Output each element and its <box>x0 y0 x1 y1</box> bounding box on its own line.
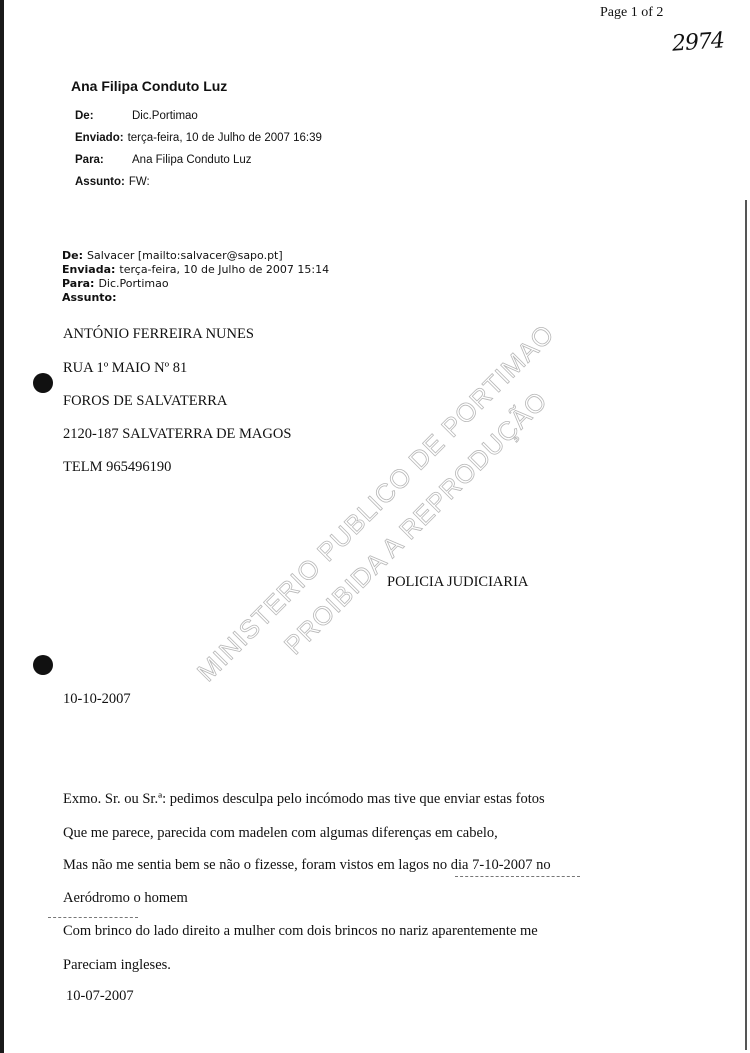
fwd-to-value: Dic.Portimao <box>98 277 168 290</box>
body-line-2: Que me parece, parecida com madelen com … <box>63 825 498 842</box>
forwarded-email-header: De:Salvacer [mailto:salvacer@sapo.pt] En… <box>62 249 329 305</box>
fwd-from-value: Salvacer [mailto:salvacer@sapo.pt] <box>87 249 283 262</box>
fwd-sent: Enviada:terça-feira, 10 de Julho de 2007… <box>62 263 329 277</box>
sent-value: terça-feira, 10 de Julho de 2007 16:39 <box>128 132 322 154</box>
from-label: De: <box>75 110 132 132</box>
address-line-locality: FOROS DE SALVATERRA <box>63 393 227 410</box>
header-subject: Assunto: FW: <box>75 176 322 198</box>
outer-email-header: De: Dic.Portimao Enviado: terça-feira, 1… <box>75 110 322 198</box>
watermark-line-1: MINISTERIO PUBLICO DE PORTIMAO <box>191 318 561 688</box>
subject-label: Assunto: <box>75 176 125 198</box>
handwritten-mark <box>48 917 138 919</box>
punch-hole-bottom <box>33 655 53 675</box>
body-line-3: Mas não me sentia bem se não o fizesse, … <box>63 857 551 874</box>
header-to: Para: Ana Filipa Conduto Luz <box>75 154 322 176</box>
header-sent: Enviado: terça-feira, 10 de Julho de 200… <box>75 132 322 154</box>
body-line-1: Exmo. Sr. ou Sr.ª: pedimos desculpa pelo… <box>63 791 545 808</box>
letter-date-bottom: 10-07-2007 <box>66 988 134 1005</box>
to-value: Ana Filipa Conduto Luz <box>132 154 252 176</box>
fwd-from: De:Salvacer [mailto:salvacer@sapo.pt] <box>62 249 329 263</box>
fwd-to: Para:Dic.Portimao <box>62 277 329 291</box>
header-from: De: Dic.Portimao <box>75 110 322 132</box>
to-label: Para: <box>75 154 132 176</box>
address-line-phone: TELM 965496190 <box>63 459 171 476</box>
from-value: Dic.Portimao <box>132 110 198 132</box>
fwd-sent-value: terça-feira, 10 de Julho de 2007 15:14 <box>119 263 329 276</box>
address-line-postcode: 2120-187 SALVATERRA DE MAGOS <box>63 426 291 443</box>
page-indicator: Page 1 of 2 <box>600 5 663 21</box>
fwd-to-label: Para: <box>62 277 94 290</box>
subject-value: FW: <box>129 176 150 198</box>
scan-right-edge <box>745 200 747 1050</box>
account-name: Ana Filipa Conduto Luz <box>71 78 227 94</box>
address-line-street: RUA 1º MAIO Nº 81 <box>63 360 187 377</box>
scan-edge <box>0 0 4 1053</box>
letter-date-top: 10-10-2007 <box>63 691 131 708</box>
body-line-5: Com brinco do lado direito a mulher com … <box>63 923 538 940</box>
fwd-from-label: De: <box>62 249 83 262</box>
body-line-6: Pareciam ingleses. <box>63 957 171 974</box>
handwritten-number: 2974 <box>671 28 725 57</box>
sent-label: Enviado: <box>75 132 124 154</box>
body-line-4: Aeródromo o homem <box>63 890 188 907</box>
watermark-line-2: PROIBIDA A REPRODUÇÃO <box>278 385 554 661</box>
recipient: POLICIA JUDICIARIA <box>387 574 528 591</box>
handwritten-underline <box>455 876 580 878</box>
fwd-subject-label: Assunto: <box>62 291 116 304</box>
address-line-name: ANTÓNIO FERREIRA NUNES <box>63 326 254 343</box>
punch-hole-top <box>33 373 53 393</box>
fwd-sent-label: Enviada: <box>62 263 115 276</box>
fwd-subject: Assunto: <box>62 291 329 305</box>
